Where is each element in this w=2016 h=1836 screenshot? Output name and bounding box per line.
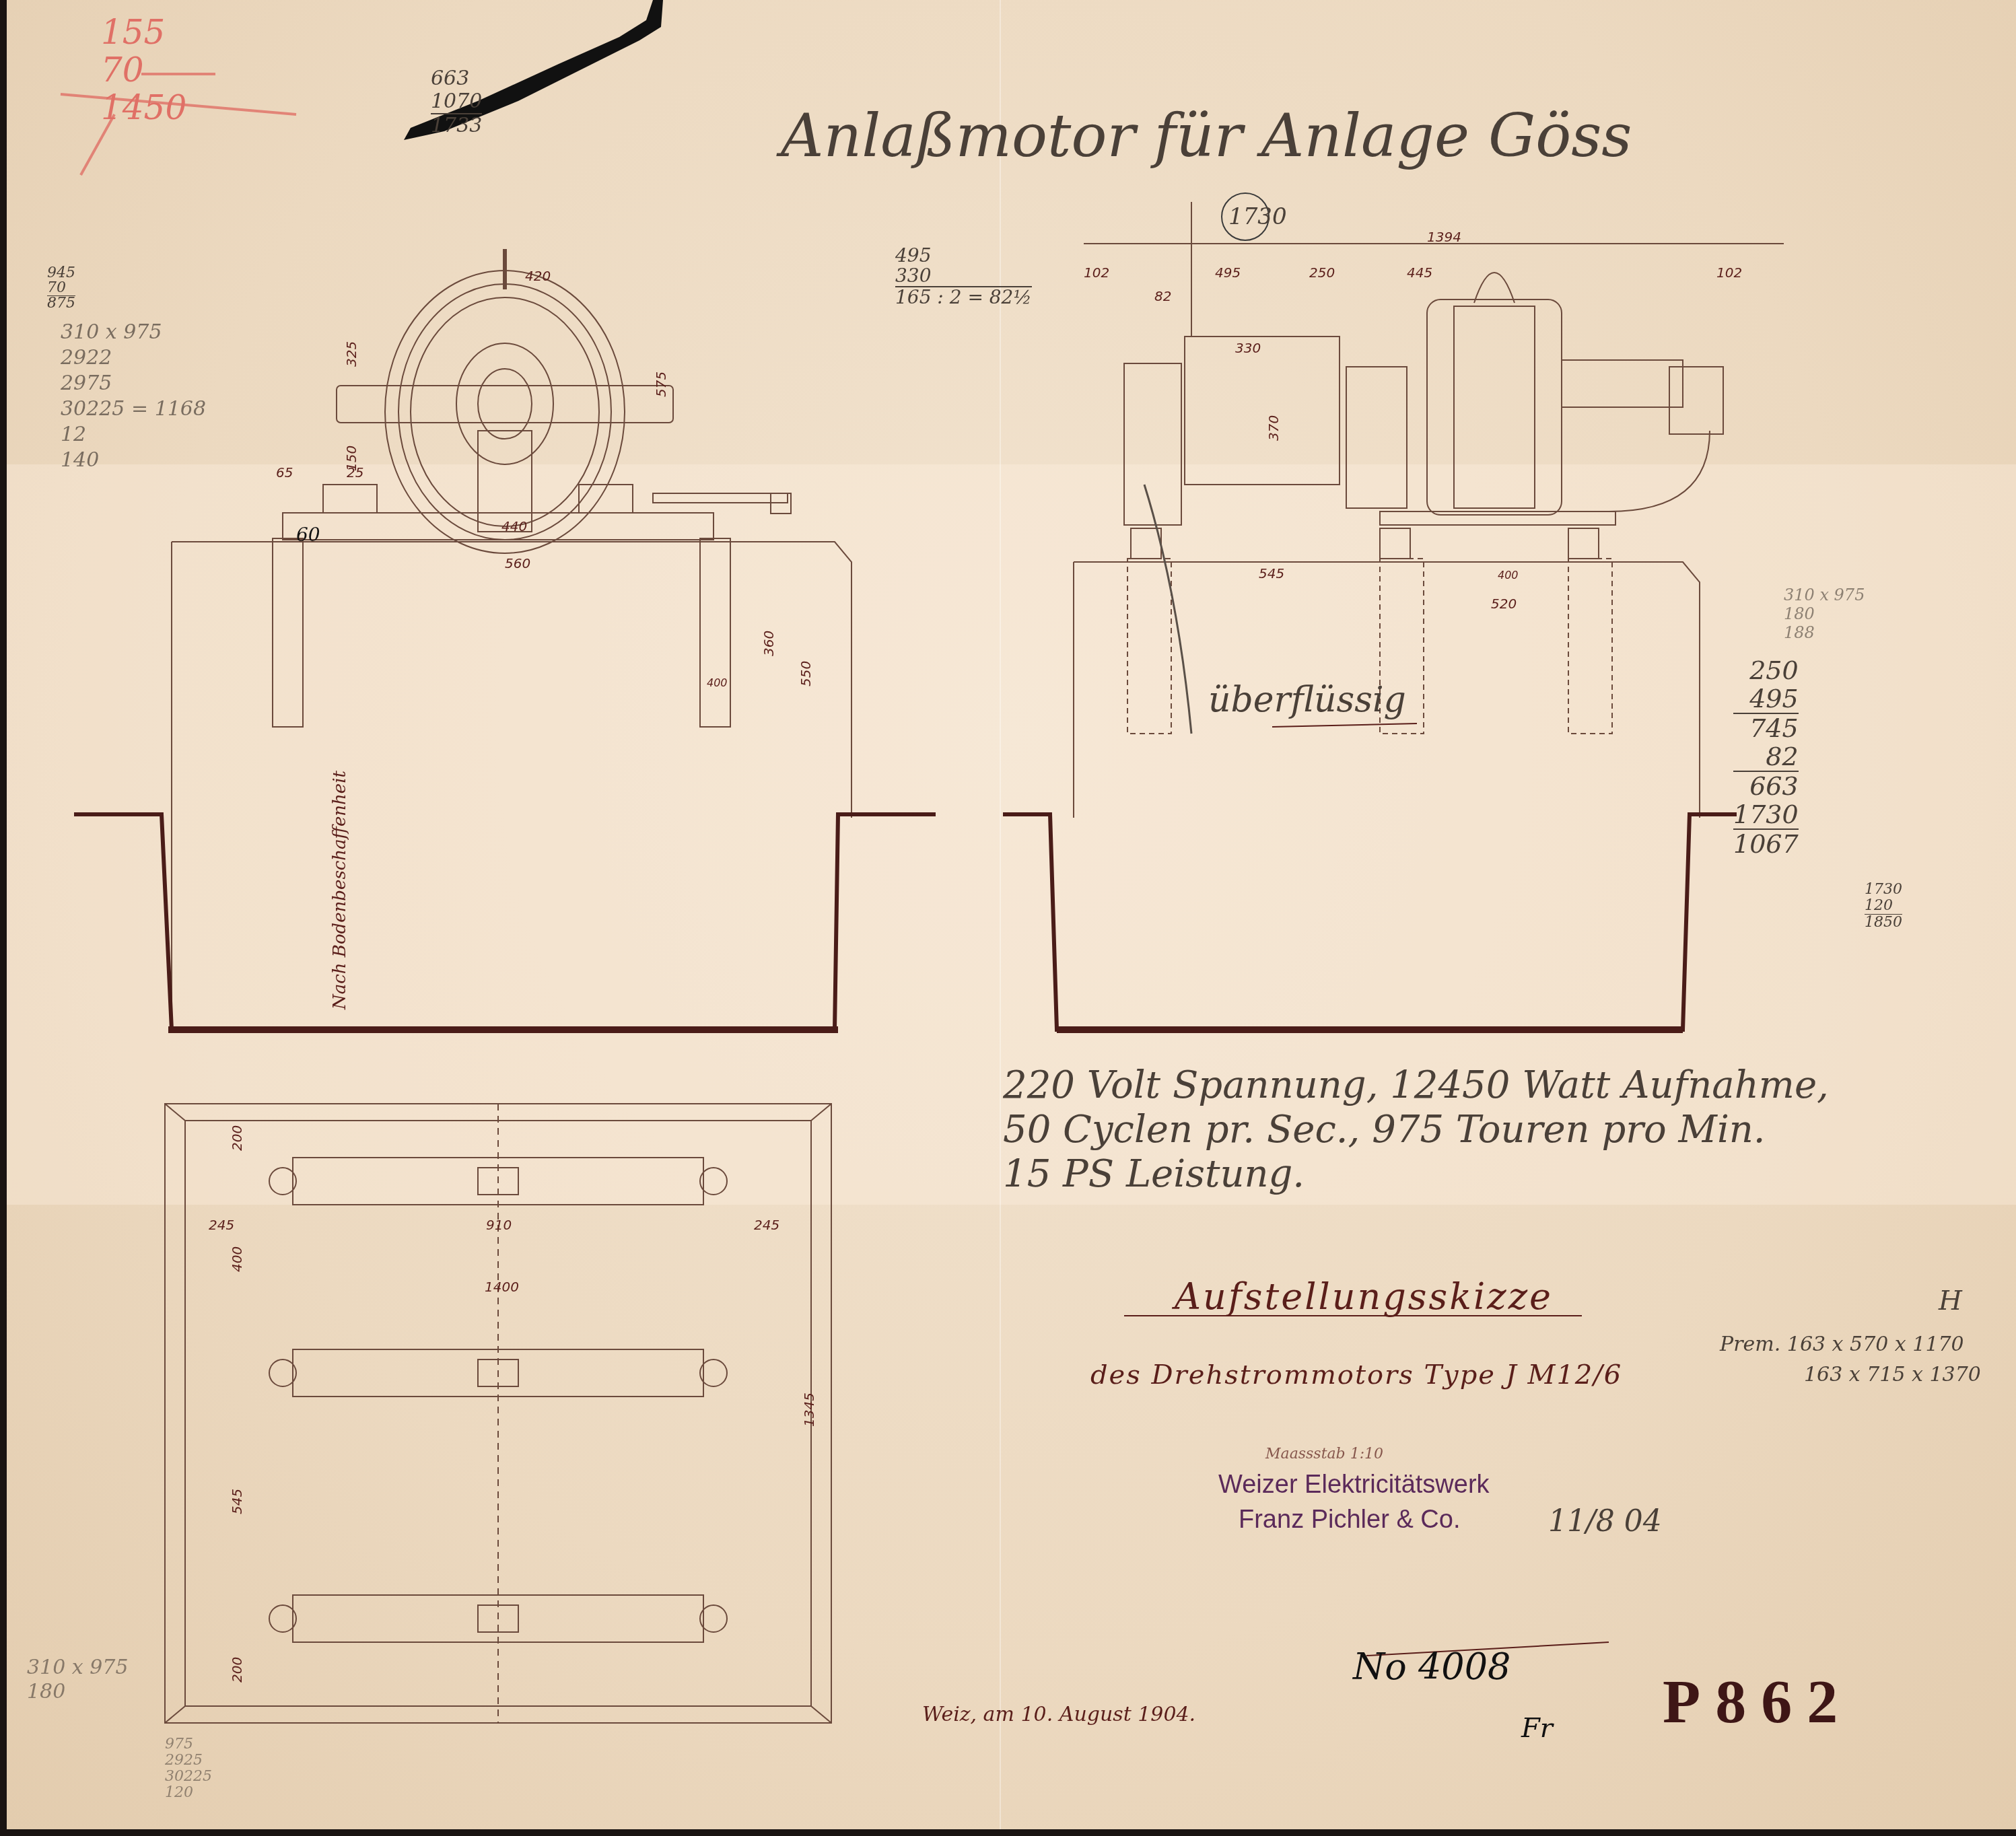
calc-right-sum: 250 495 745 82 663 1730 1067: [1733, 656, 1799, 858]
dim-side-1394: 1394: [1427, 229, 1461, 245]
dim-side-102-left: 102: [1084, 264, 1109, 281]
calc-mid-top: 495 330 165 : 2 = 82½: [895, 246, 1032, 308]
company-stamp-line1: Weizer Elektricitätswerk: [1218, 1471, 1490, 1499]
place-date: Weiz, am 10. August 1904.: [922, 1703, 1195, 1726]
dim-front-65: 65: [276, 464, 293, 481]
dim-front-575: 575: [653, 372, 669, 397]
calc-left-1: 945 70 875: [47, 266, 75, 311]
calc-right-upper: 310 x 975 180 188: [1784, 586, 1865, 642]
price-note-line1: Prem. 163 x 570 x 1170: [1720, 1333, 1964, 1356]
dim-front-25: 25: [347, 464, 363, 481]
dim-side-545: 545: [1259, 565, 1284, 581]
dim-side-400: 400: [1498, 569, 1519, 581]
dim-plan-200-top: 200: [229, 1125, 245, 1151]
dim-plan-910: 910: [486, 1217, 512, 1233]
calc-red-top-left: 155 70 1450: [101, 13, 186, 127]
circled-dimension: 1730: [1228, 203, 1287, 230]
dim-side-495: 495: [1215, 264, 1241, 281]
dim-front-440: 440: [501, 518, 527, 534]
calc-bottom-left: 310 x 975 180: [27, 1656, 129, 1704]
dim-front-420: 420: [525, 268, 551, 284]
drawing-title: Aufstellungsskizze: [1175, 1275, 1553, 1318]
company-stamp-line2: Franz Pichler & Co.: [1239, 1506, 1460, 1534]
foundation-note: Nach Bodenbeschaffenheit: [330, 771, 350, 1010]
dim-front-400: 400: [707, 676, 728, 689]
dim-plan-245-left: 245: [209, 1217, 234, 1233]
dim-plan-545: 545: [229, 1489, 245, 1514]
calc-bottom-left-2: 975 2925 30225 120: [165, 1736, 212, 1801]
dim-front-325: 325: [343, 341, 359, 367]
dim-plan-200-bottom: 200: [229, 1657, 245, 1683]
dim-side-102-right: 102: [1716, 264, 1742, 281]
dim-plan-400: 400: [229, 1246, 245, 1272]
scale-label: Maassstab 1:10: [1265, 1446, 1383, 1462]
archive-code: P862: [1663, 1666, 1852, 1737]
drawing-number-sub: Fr: [1521, 1713, 1553, 1744]
spec-line-frequency: 50 Cyclen pr. Sec., 975 Touren pro Min.: [1003, 1108, 1829, 1152]
dim-side-520: 520: [1491, 596, 1517, 612]
price-note-letter: H: [1939, 1285, 1962, 1316]
spec-line-power: 15 PS Leistung.: [1003, 1152, 1829, 1197]
dim-front-360: 360: [761, 631, 777, 656]
price-note-line2: 163 x 715 x 1370: [1804, 1363, 1981, 1386]
dim-side-330: 330: [1235, 340, 1261, 356]
dim-side-82: 82: [1154, 288, 1171, 304]
dim-plan-1400: 1400: [485, 1279, 519, 1295]
drawing-number: No 4008: [1353, 1646, 1510, 1688]
stamp-date: 11/8 04: [1548, 1504, 1662, 1539]
calc-top-pencil: 663 1070 1733: [431, 67, 482, 137]
dim-side-250: 250: [1309, 264, 1335, 281]
spec-line-voltage: 220 Volt Spannung, 12450 Watt Aufnahme,: [1003, 1063, 1829, 1108]
drawing-subtitle: des Drehstrommotors Type J M12/6: [1090, 1360, 1622, 1390]
specifications-block: 220 Volt Spannung, 12450 Watt Aufnahme, …: [1003, 1063, 1829, 1197]
dim-side-445: 445: [1407, 264, 1432, 281]
dim-side-370: 370: [1265, 415, 1282, 441]
heading-handwritten: Anlaßmotor für Anlage Göss: [781, 101, 1632, 170]
dim-front-560: 560: [505, 555, 530, 571]
dim-plan-245-right: 245: [754, 1217, 779, 1233]
annotation-superfluous: überflüssig: [1208, 680, 1406, 720]
calc-left-2: 310 x 975 2922 2975 30225 = 1168 12 140: [61, 320, 206, 473]
calc-right-small: 1730 120 1850: [1865, 882, 1902, 931]
dim-front-60: 60: [296, 524, 320, 546]
dim-plan-1345: 1345: [801, 1392, 817, 1427]
dim-front-550: 550: [798, 661, 814, 686]
drawing-sheet: Anlaßmotor für Anlage Göss 1730 220 Volt…: [7, 0, 2016, 1829]
